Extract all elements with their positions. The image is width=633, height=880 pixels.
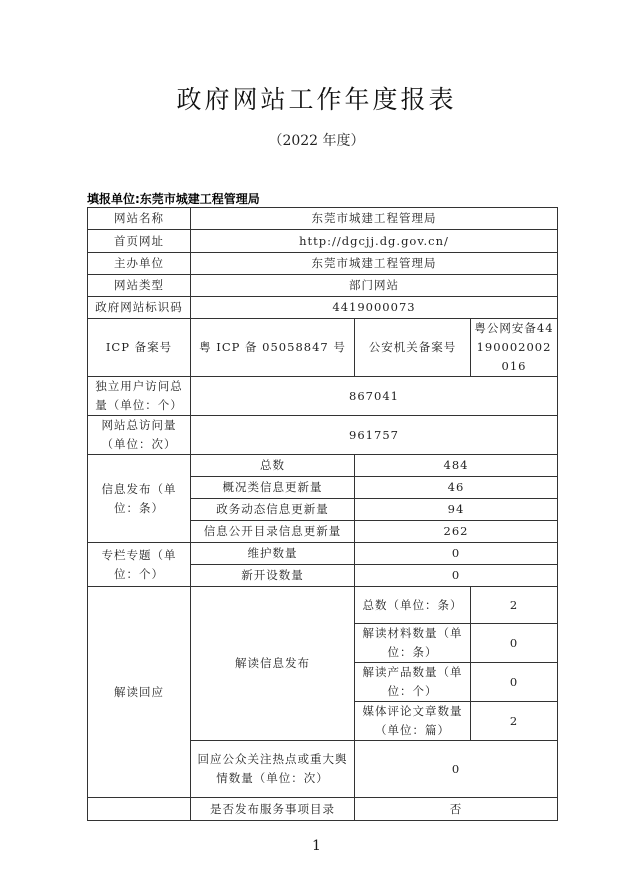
publish-label: 解读信息发布 (191, 587, 355, 741)
label: 回应公众关注热点或重大舆情数量（单位：次） (191, 741, 355, 798)
group-label: 专栏专题（单位：个） (88, 543, 191, 587)
label: 独立用户访问总量（单位：个） (88, 377, 191, 416)
label: 信息公开目录信息更新量 (191, 521, 355, 543)
value: 部门网站 (191, 275, 558, 297)
row-icp: ICP 备案号 粤 ICP 备 05058847 号 公安机关备案号 粤公网安备… (88, 319, 558, 377)
label: 总数（单位：条） (355, 587, 471, 624)
value: 0 (471, 663, 558, 702)
value: 东莞市城建工程管理局 (191, 253, 558, 275)
label: 政务动态信息更新量 (191, 499, 355, 521)
filing-unit: 填报单位:东莞市城建工程管理局 (87, 190, 260, 207)
label: ICP 备案号 (88, 319, 191, 377)
label: 解读材料数量（单位：条） (355, 624, 471, 663)
label: 是否发布服务事项目录 (191, 798, 355, 821)
row-site-name: 网站名称 东莞市城建工程管理局 (88, 208, 558, 230)
page-number: 1 (0, 838, 633, 854)
value: 961757 (191, 416, 558, 455)
report-table: 网站名称 东莞市城建工程管理局 首页网址 http://dgcjj.dg.gov… (87, 207, 558, 821)
value: 2 (471, 587, 558, 624)
label: 媒体评论文章数量（单位：篇） (355, 702, 471, 741)
row-interp-total: 解读回应 解读信息发布 总数（单位：条） 2 (88, 587, 558, 624)
value: 2 (471, 702, 558, 741)
row-service-catalog: 是否发布服务事项目录 否 (88, 798, 558, 821)
value: 867041 (191, 377, 558, 416)
police-label: 公安机关备案号 (355, 319, 471, 377)
group-label: 解读回应 (88, 587, 191, 798)
report-year: （2022 年度） (0, 130, 633, 150)
row-home-url: 首页网址 http://dgcjj.dg.gov.cn/ (88, 230, 558, 253)
value: 0 (355, 565, 558, 587)
label: 网站类型 (88, 275, 191, 297)
label: 概况类信息更新量 (191, 477, 355, 499)
value: 94 (355, 499, 558, 521)
row-unique-visitors: 独立用户访问总量（单位：个） 867041 (88, 377, 558, 416)
value: 粤 ICP 备 05058847 号 (191, 319, 355, 377)
label: 新开设数量 (191, 565, 355, 587)
label: 主办单位 (88, 253, 191, 275)
value: 484 (355, 455, 558, 477)
label: 解读产品数量（单位：个） (355, 663, 471, 702)
row-site-type: 网站类型 部门网站 (88, 275, 558, 297)
row-site-code: 政府网站标识码 4419000073 (88, 297, 558, 319)
label: 维护数量 (191, 543, 355, 565)
row-info-total: 信息发布（单位：条） 总数 484 (88, 455, 558, 477)
group-label: 信息发布（单位：条） (88, 455, 191, 543)
value: 0 (471, 624, 558, 663)
row-total-visits: 网站总访问量（单位：次） 961757 (88, 416, 558, 455)
row-columns-maintained: 专栏专题（单位：个） 维护数量 0 (88, 543, 558, 565)
value: 4419000073 (191, 297, 558, 319)
value: 0 (355, 543, 558, 565)
label: 首页网址 (88, 230, 191, 253)
label: 总数 (191, 455, 355, 477)
page-title: 政府网站工作年度报表 (0, 80, 633, 116)
label: 政府网站标识码 (88, 297, 191, 319)
row-sponsor: 主办单位 东莞市城建工程管理局 (88, 253, 558, 275)
value: 262 (355, 521, 558, 543)
value: 0 (355, 741, 558, 798)
value: 否 (355, 798, 558, 821)
home-url-link[interactable]: http://dgcjj.dg.gov.cn/ (191, 230, 558, 253)
label: 网站总访问量（单位：次） (88, 416, 191, 455)
value: 东莞市城建工程管理局 (191, 208, 558, 230)
label: 网站名称 (88, 208, 191, 230)
empty-cell (88, 798, 191, 821)
value: 46 (355, 477, 558, 499)
police-value: 粤公网安备44190002002016 (471, 319, 558, 377)
